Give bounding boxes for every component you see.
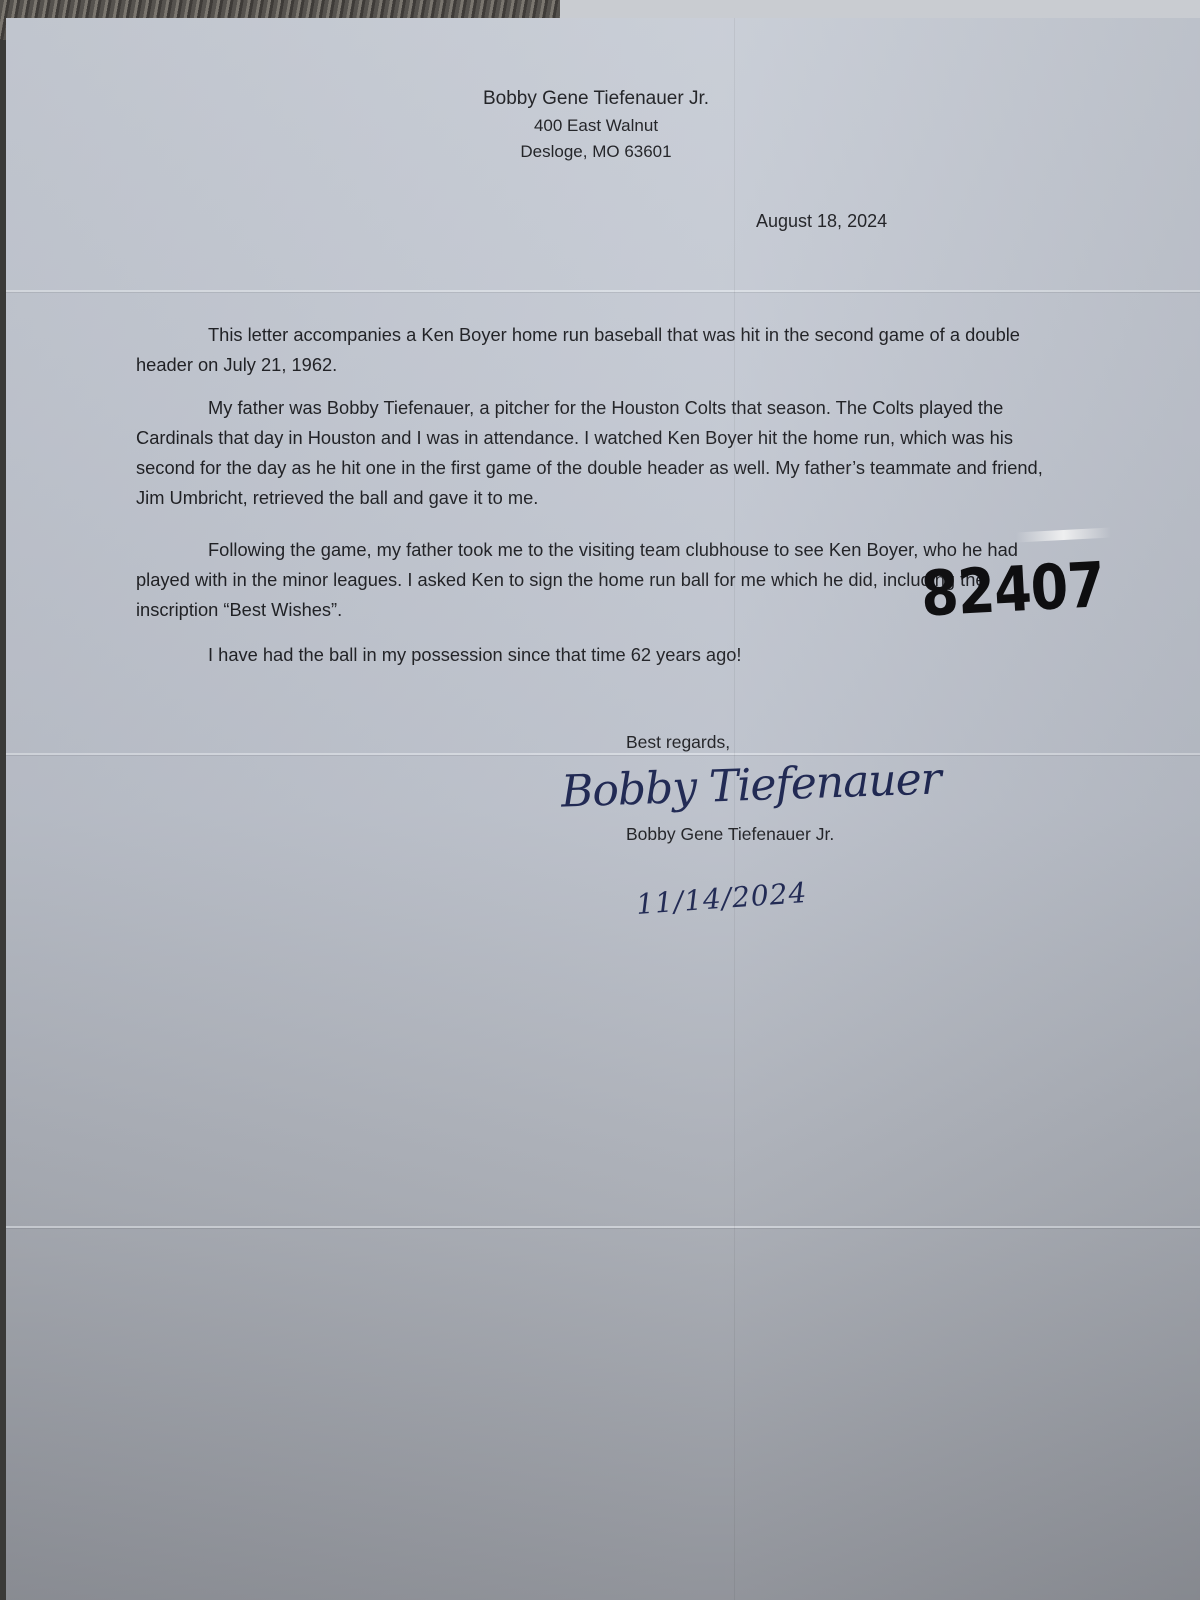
background-paper-edge	[560, 0, 1200, 20]
letter-sheet: Bobby Gene Tiefenauer Jr. 400 East Walnu…	[6, 18, 1200, 1600]
body-paragraph: This letter accompanies a Ken Boyer home…	[136, 320, 1056, 380]
letterhead-name: Bobby Gene Tiefenauer Jr.	[6, 88, 1186, 110]
body-paragraph: I have had the ball in my possession sin…	[136, 640, 1056, 670]
letterhead-street: 400 East Walnut	[6, 116, 1186, 136]
closing: Best regards,	[626, 732, 730, 753]
signature: Bobby Tiefenauer	[560, 753, 941, 817]
handwritten-date: 11/14/2024	[635, 876, 808, 921]
letter-date: August 18, 2024	[756, 211, 887, 232]
light-glare	[1016, 528, 1111, 543]
letterhead-city: Desloge, MO 63601	[6, 142, 1186, 162]
fold-crease	[6, 290, 1200, 292]
body-paragraph: My father was Bobby Tiefenauer, a pitche…	[136, 393, 1056, 513]
marker-annotation: 82407	[919, 549, 1105, 631]
printed-name: Bobby Gene Tiefenauer Jr.	[626, 824, 834, 845]
body-paragraph: Following the game, my father took me to…	[136, 535, 1056, 625]
fold-crease	[6, 753, 1200, 755]
fold-crease	[6, 1226, 1200, 1228]
